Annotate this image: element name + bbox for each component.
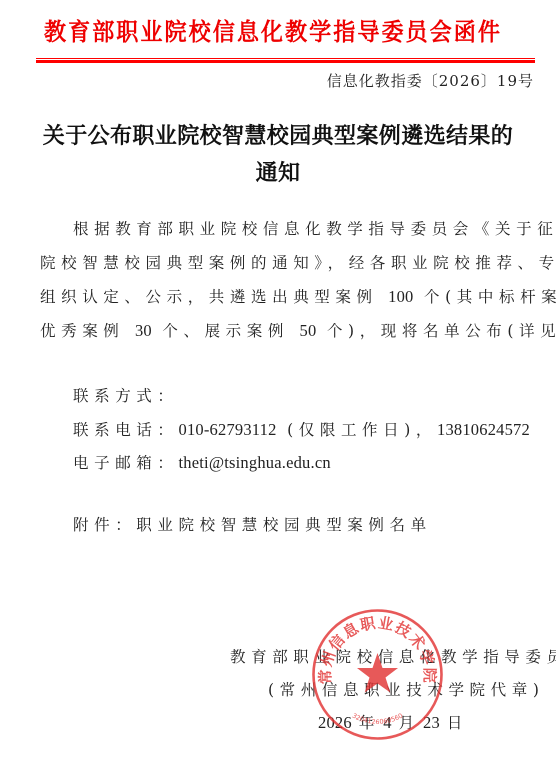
attachment-reference[interactable]: 附件：职业院校智慧校园典型案例名单 (73, 513, 432, 537)
body-text: 个(其中标杆案例 (424, 288, 556, 306)
body-text: 组织认定、公示，共遴选出典型案例 (40, 288, 378, 306)
letterhead-rule-thin (36, 58, 535, 59)
contact-heading: 联系方式： (73, 384, 179, 408)
date-day-unit: 日 (447, 714, 465, 732)
contact-email-line: 电子邮箱：theti@tsinghua.edu.cn (73, 451, 331, 475)
letterhead-rule-thick (36, 60, 535, 63)
seal-code: 3204126060560 (351, 712, 404, 726)
document-title-line-1: 关于公布职业院校智慧校园典型案例遴选结果的 (0, 121, 556, 151)
body-text: 优秀案例 (40, 322, 124, 340)
total-case-count: 100 (388, 287, 413, 306)
letterhead-title: 教育部职业院校信息化教学指导委员会函件 (44, 16, 491, 48)
svg-text:3204126060560: 3204126060560 (351, 712, 404, 726)
official-seal-icon: 常州信息职业技术学院 3204126060560 (310, 607, 445, 742)
body-text: 个、展示案例 (162, 322, 289, 340)
body-paragraph-line: 组织认定、公示，共遴选出典型案例 100 个(其中标杆案例 20 个、 (40, 285, 556, 309)
mobile-number[interactable]: 13810624572 (437, 420, 530, 439)
phone-number[interactable]: 010-62793112 (179, 420, 277, 439)
body-text: 个)，现将名单公布(详见附件)。 (327, 322, 556, 340)
showcase-case-count: 50 (300, 321, 317, 340)
contact-phone-line: 联系电话：010-62793112 (仅限工作日)，13810624572 (73, 418, 530, 442)
email-link[interactable]: theti@tsinghua.edu.cn (179, 453, 331, 472)
seal-star-icon (357, 653, 398, 693)
excellent-case-count: 30 (135, 321, 152, 340)
body-paragraph-line: 优秀案例 30 个、展示案例 50 个)，现将名单公布(详见附件)。 (40, 319, 556, 343)
phone-label: 联系电话： (73, 421, 179, 439)
phone-note: (仅限工作日)， (287, 421, 437, 439)
email-label: 电子邮箱： (73, 454, 179, 472)
document-number: 信息化教指委〔2026〕19号 (327, 70, 534, 92)
body-paragraph-line: 根据教育部职业院校信息化教学指导委员会《关于征集职业 (73, 217, 556, 241)
body-paragraph-line: 院校智慧校园典型案例的通知》，经各职业院校推荐、专家评审、 (40, 251, 556, 275)
document-title-line-2: 通知 (0, 158, 556, 188)
